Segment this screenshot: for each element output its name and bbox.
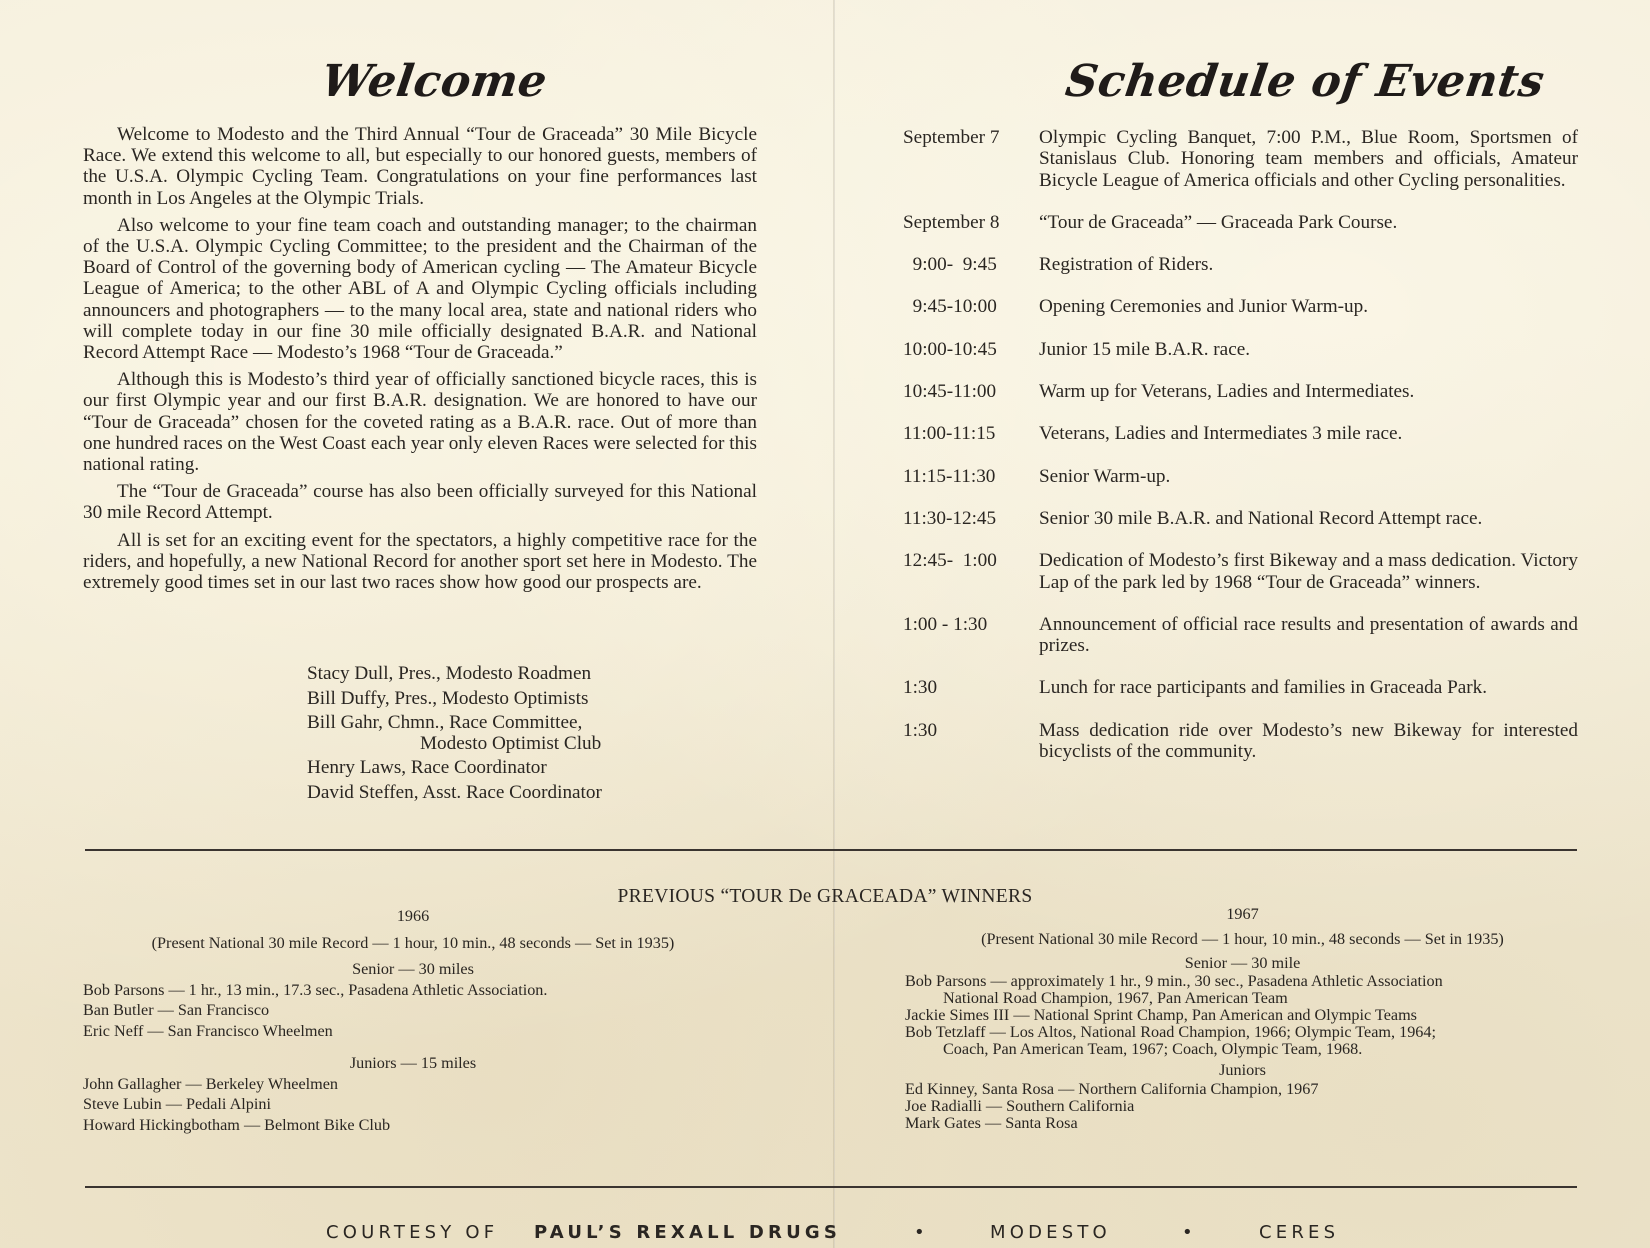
event-time: 1:00 - 1:30 (903, 614, 1039, 657)
bullet-separator: • (1182, 1222, 1197, 1243)
schedule-row: 1:30Lunch for race participants and fami… (903, 677, 1578, 698)
winner-entry: Ban Butler — San Francisco (83, 1000, 743, 1021)
courtesy-label: COURTESY OF (326, 1222, 498, 1243)
year-label: 1967 (905, 906, 1580, 923)
welcome-body: Welcome to Modesto and the Third Annual … (83, 124, 757, 599)
senior-heading: Senior — 30 miles (83, 959, 743, 980)
divider-rule (85, 849, 1577, 851)
winner-entry: John Gallagher — Berkeley Wheelmen (83, 1074, 743, 1095)
winner-entry: Steve Lubin — Pedali Alpini (83, 1094, 743, 1115)
record-note: (Present National 30 mile Record — 1 hou… (83, 933, 743, 954)
winner-entry: Jackie Simes III — National Sprint Champ… (905, 1007, 1580, 1024)
event-time: 10:45-11:00 (903, 381, 1039, 402)
event-description: Veterans, Ladies and Intermediates 3 mil… (1039, 423, 1578, 444)
divider-rule (85, 1186, 1577, 1188)
bullet-separator: • (914, 1222, 929, 1243)
winner-entry: Ed Kinney, Santa Rosa — Northern Califor… (905, 1081, 1580, 1098)
event-description: Junior 15 mile B.A.R. race. (1039, 339, 1578, 360)
winner-entry-detail: National Road Champion, 1967, Pan Americ… (905, 990, 1580, 1007)
welcome-paragraph: Although this is Modesto’s third year of… (83, 369, 757, 475)
winner-entry: Bob Tetzlaff — Los Altos, National Road … (905, 1024, 1580, 1041)
event-time: 9:00- 9:45 (903, 254, 1039, 275)
page-fold (833, 0, 835, 1248)
location-ceres: CERES (1259, 1222, 1339, 1243)
junior-heading: Juniors (905, 1062, 1580, 1079)
sponsor-name: PAUL’S REXALL DRUGS (534, 1222, 841, 1243)
junior-heading: Juniors — 15 miles (83, 1053, 743, 1074)
event-description: “Tour de Graceada” — Graceada Park Cours… (1039, 212, 1578, 233)
event-description: Olympic Cycling Banquet, 7:00 P.M., Blue… (1039, 127, 1578, 191)
winner-entry: Bob Parsons — 1 hr., 13 min., 17.3 sec.,… (83, 980, 743, 1001)
event-description: Senior Warm-up. (1039, 466, 1578, 487)
schedule-row: September 8“Tour de Graceada” — Graceada… (903, 212, 1578, 233)
schedule-title: Schedule of Events (1062, 56, 1547, 107)
event-description: Senior 30 mile B.A.R. and National Recor… (1039, 508, 1578, 529)
schedule-row: 1:30Mass dedication ride over Modesto’s … (903, 720, 1578, 763)
winner-entry: Eric Neff — San Francisco Wheelmen (83, 1021, 743, 1042)
signature-block: Stacy Dull, Pres., Modesto Roadmen Bill … (307, 662, 707, 805)
winner-entry: Bob Parsons — approximately 1 hr., 9 min… (905, 973, 1580, 990)
event-description: Warm up for Veterans, Ladies and Interme… (1039, 381, 1578, 402)
event-time: 10:00-10:45 (903, 339, 1039, 360)
senior-heading: Senior — 30 mile (905, 955, 1580, 972)
schedule-row: 10:45-11:00Warm up for Veterans, Ladies … (903, 381, 1578, 402)
schedule-row: September 7Olympic Cycling Banquet, 7:00… (903, 127, 1578, 191)
winner-entry: Mark Gates — Santa Rosa (905, 1115, 1580, 1132)
event-description: Announcement of official race results an… (1039, 614, 1578, 657)
welcome-paragraph: The “Tour de Graceada” course has also b… (83, 481, 757, 523)
schedule-row: 11:15-11:30Senior Warm-up. (903, 466, 1578, 487)
winners-1967: 1967 (Present National 30 mile Record — … (905, 906, 1580, 1132)
event-description: Registration of Riders. (1039, 254, 1578, 275)
event-time: 11:00-11:15 (903, 423, 1039, 444)
signature: Bill Duffy, Pres., Modesto Optimists (307, 687, 707, 712)
schedule-row: 1:00 - 1:30Announcement of official race… (903, 614, 1578, 657)
schedule-row: 11:30-12:45Senior 30 mile B.A.R. and Nat… (903, 508, 1578, 529)
signature: David Steffen, Asst. Race Coordinator (307, 781, 707, 806)
welcome-title: Welcome (318, 56, 550, 107)
winner-entry: Joe Radialli — Southern California (905, 1098, 1580, 1115)
event-time: 11:15-11:30 (903, 466, 1039, 487)
welcome-paragraph: Welcome to Modesto and the Third Annual … (83, 124, 757, 209)
event-description: Mass dedication ride over Modesto’s new … (1039, 720, 1578, 763)
event-time: 12:45- 1:00 (903, 550, 1039, 593)
welcome-paragraph: All is set for an exciting event for the… (83, 530, 757, 594)
event-time: 9:45-10:00 (903, 296, 1039, 317)
event-time: 1:30 (903, 720, 1039, 763)
schedule-row: 11:00-11:15Veterans, Ladies and Intermed… (903, 423, 1578, 444)
event-description: Dedication of Modesto’s first Bikeway an… (1039, 550, 1578, 593)
event-time: 11:30-12:45 (903, 508, 1039, 529)
event-time: September 8 (903, 212, 1039, 233)
winners-1966: 1966 (Present National 30 mile Record — … (83, 906, 743, 1135)
winners-heading: PREVIOUS “TOUR De GRACEADA” WINNERS (0, 886, 1650, 908)
schedule-row: 12:45- 1:00Dedication of Modesto’s first… (903, 550, 1578, 593)
welcome-paragraph: Also welcome to your fine team coach and… (83, 215, 757, 363)
schedule-list: September 7Olympic Cycling Banquet, 7:00… (903, 127, 1578, 783)
event-time: September 7 (903, 127, 1039, 191)
signature: Henry Laws, Race Coordinator (307, 756, 707, 781)
event-time: 1:30 (903, 677, 1039, 698)
signature: Stacy Dull, Pres., Modesto Roadmen (307, 662, 707, 687)
year-label: 1966 (83, 906, 743, 927)
schedule-row: 9:00- 9:45Registration of Riders. (903, 254, 1578, 275)
record-note: (Present National 30 mile Record — 1 hou… (905, 931, 1580, 948)
schedule-row: 9:45-10:00Opening Ceremonies and Junior … (903, 296, 1578, 317)
winner-entry: Howard Hickingbotham — Belmont Bike Club (83, 1115, 743, 1136)
schedule-row: 10:00-10:45Junior 15 mile B.A.R. race. (903, 339, 1578, 360)
location-modesto: MODESTO (990, 1222, 1111, 1243)
winner-entry-detail: Coach, Pan American Team, 1967; Coach, O… (905, 1041, 1580, 1058)
event-description: Opening Ceremonies and Junior Warm-up. (1039, 296, 1578, 317)
event-description: Lunch for race participants and families… (1039, 677, 1578, 698)
